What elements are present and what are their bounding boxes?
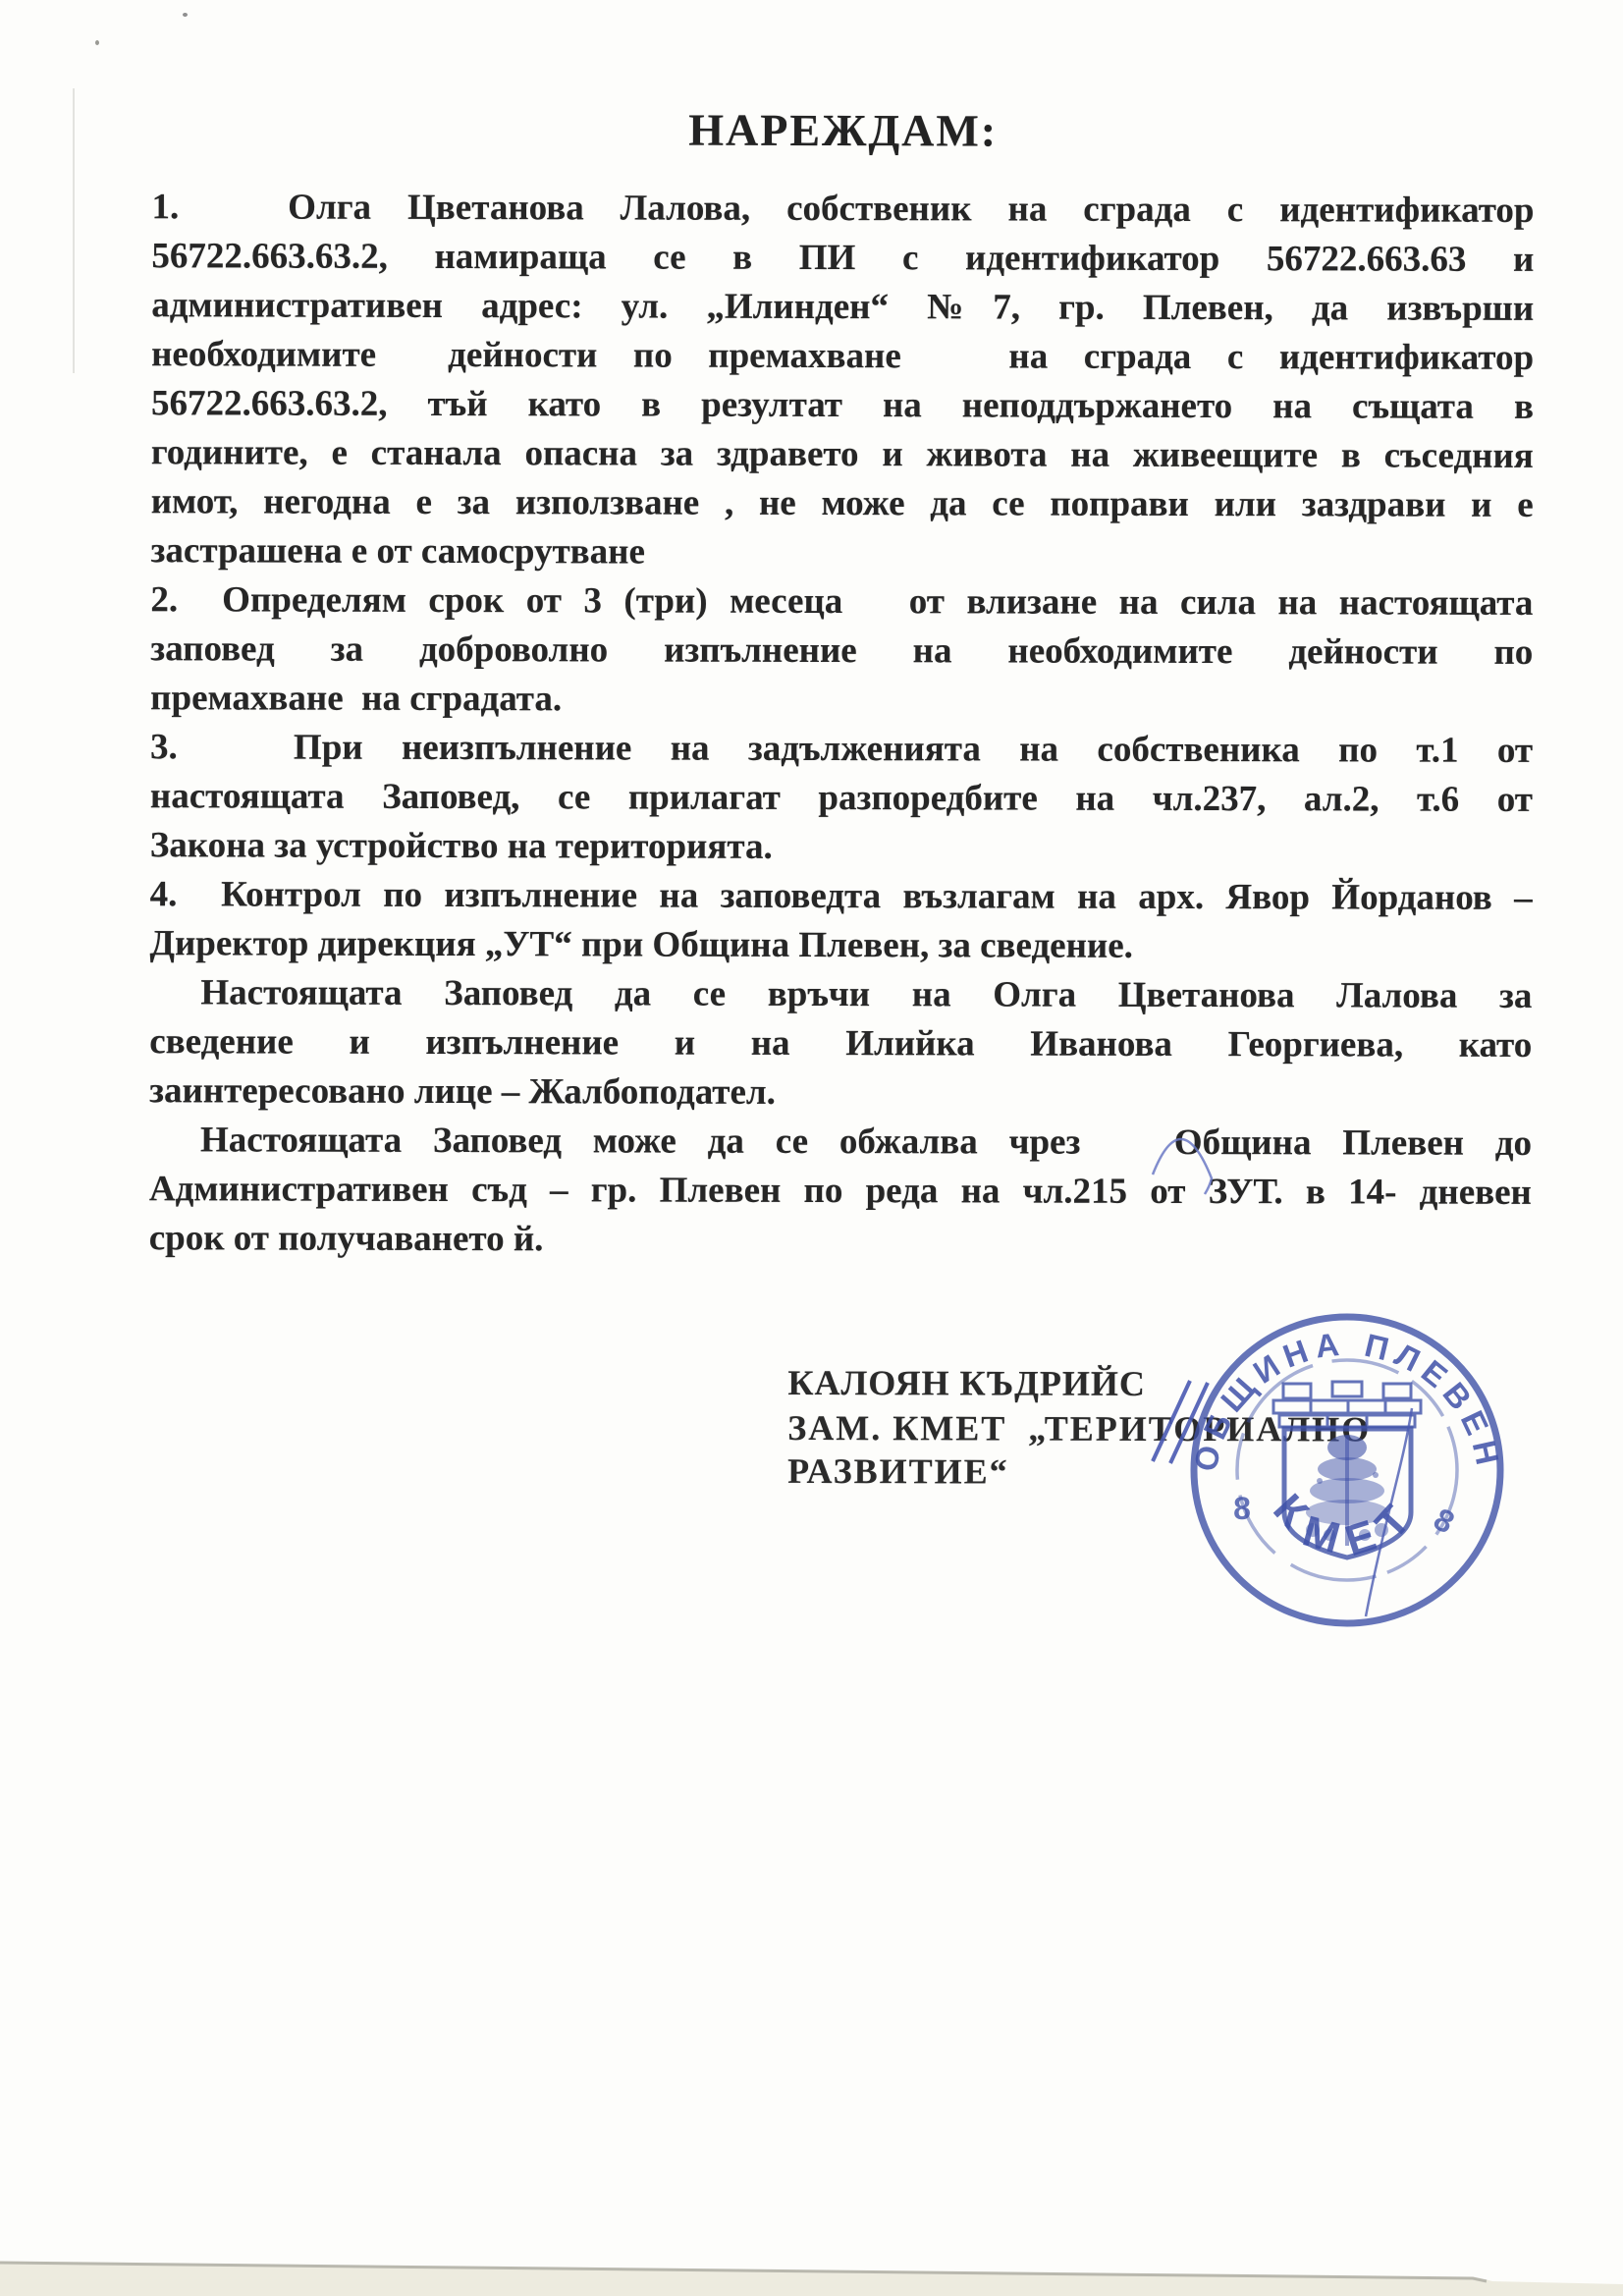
document-line: необходимите дейности по премахване на с… [151,330,1534,383]
signature-slash-stroke [1170,1383,1208,1463]
pen-signature-marks [1119,1080,1267,1493]
document-content: НАРЕЖДАМ: 1. Олга Цветанова Лалова, собс… [0,0,1623,2296]
document-line: срок от получаването й. [149,1214,1532,1267]
document-line: имот, негодна е за използване , не може … [151,477,1534,530]
stamp-right-digit: 8 [1429,1501,1461,1540]
document-line: заповед за доброволно изпълнение на необ… [150,625,1533,678]
document-line: премахване на сградата. [150,674,1533,727]
document-line: 56722.663.63.2, тъй като в резултат на н… [151,379,1534,432]
signature-arc-stroke [1153,1139,1212,1194]
document-line: заинтересовано лице – Жалбоподател. [149,1066,1532,1120]
document-line: Настоящата Заповед да се връчи на Олга Ц… [149,968,1532,1021]
document-heading: НАРЕЖДАМ: [152,102,1535,158]
document-line: Административен съд – гр. Плевен по реда… [149,1165,1532,1218]
document-line: Закона за устройство на територията. [150,821,1533,874]
stamp-mural-crown [1273,1382,1421,1427]
stamp-left-digit: 8 [1233,1491,1251,1526]
document-line: годините, е станала опасна за здравето и… [151,428,1534,481]
scanned-document-page: НАРЕЖДАМ: 1. Олга Цветанова Лалова, собс… [0,0,1623,2296]
document-line: Настоящата Заповед може да се обжалва чр… [149,1116,1532,1169]
document-line: 2. Определям срок от 3 (три) месеца от в… [150,575,1533,629]
scan-speck [183,13,188,17]
scan-speck [95,40,99,45]
document-line: Директор дирекция „УТ“ при Община Плевен… [149,919,1532,972]
signature-slash-stroke [1153,1381,1190,1461]
document-line: сведение и изпълнение и на Илийка Иванов… [149,1017,1532,1070]
scan-bottom-edge [0,2241,1623,2296]
document-line: застрашена е от самосрутване [151,526,1534,579]
document-line: 56722.663.63.2, намираща се в ПИ с идент… [151,232,1534,285]
document-line: административен адрес: ул. „Илинден“ №7,… [151,281,1534,334]
document-line: 4. Контрол по изпълнение на заповедта въ… [150,870,1533,923]
document-line: 1. Олга Цветанова Лалова, собственик на … [151,183,1534,236]
scan-edge-artifact [73,88,75,373]
document-line: 3. При неизпълнение на задълженията на с… [150,723,1533,776]
document-body: 1. Олга Цветанова Лалова, собственик на … [149,183,1535,1267]
document-line: настоящата Заповед, се прилагат разпоред… [150,772,1533,825]
